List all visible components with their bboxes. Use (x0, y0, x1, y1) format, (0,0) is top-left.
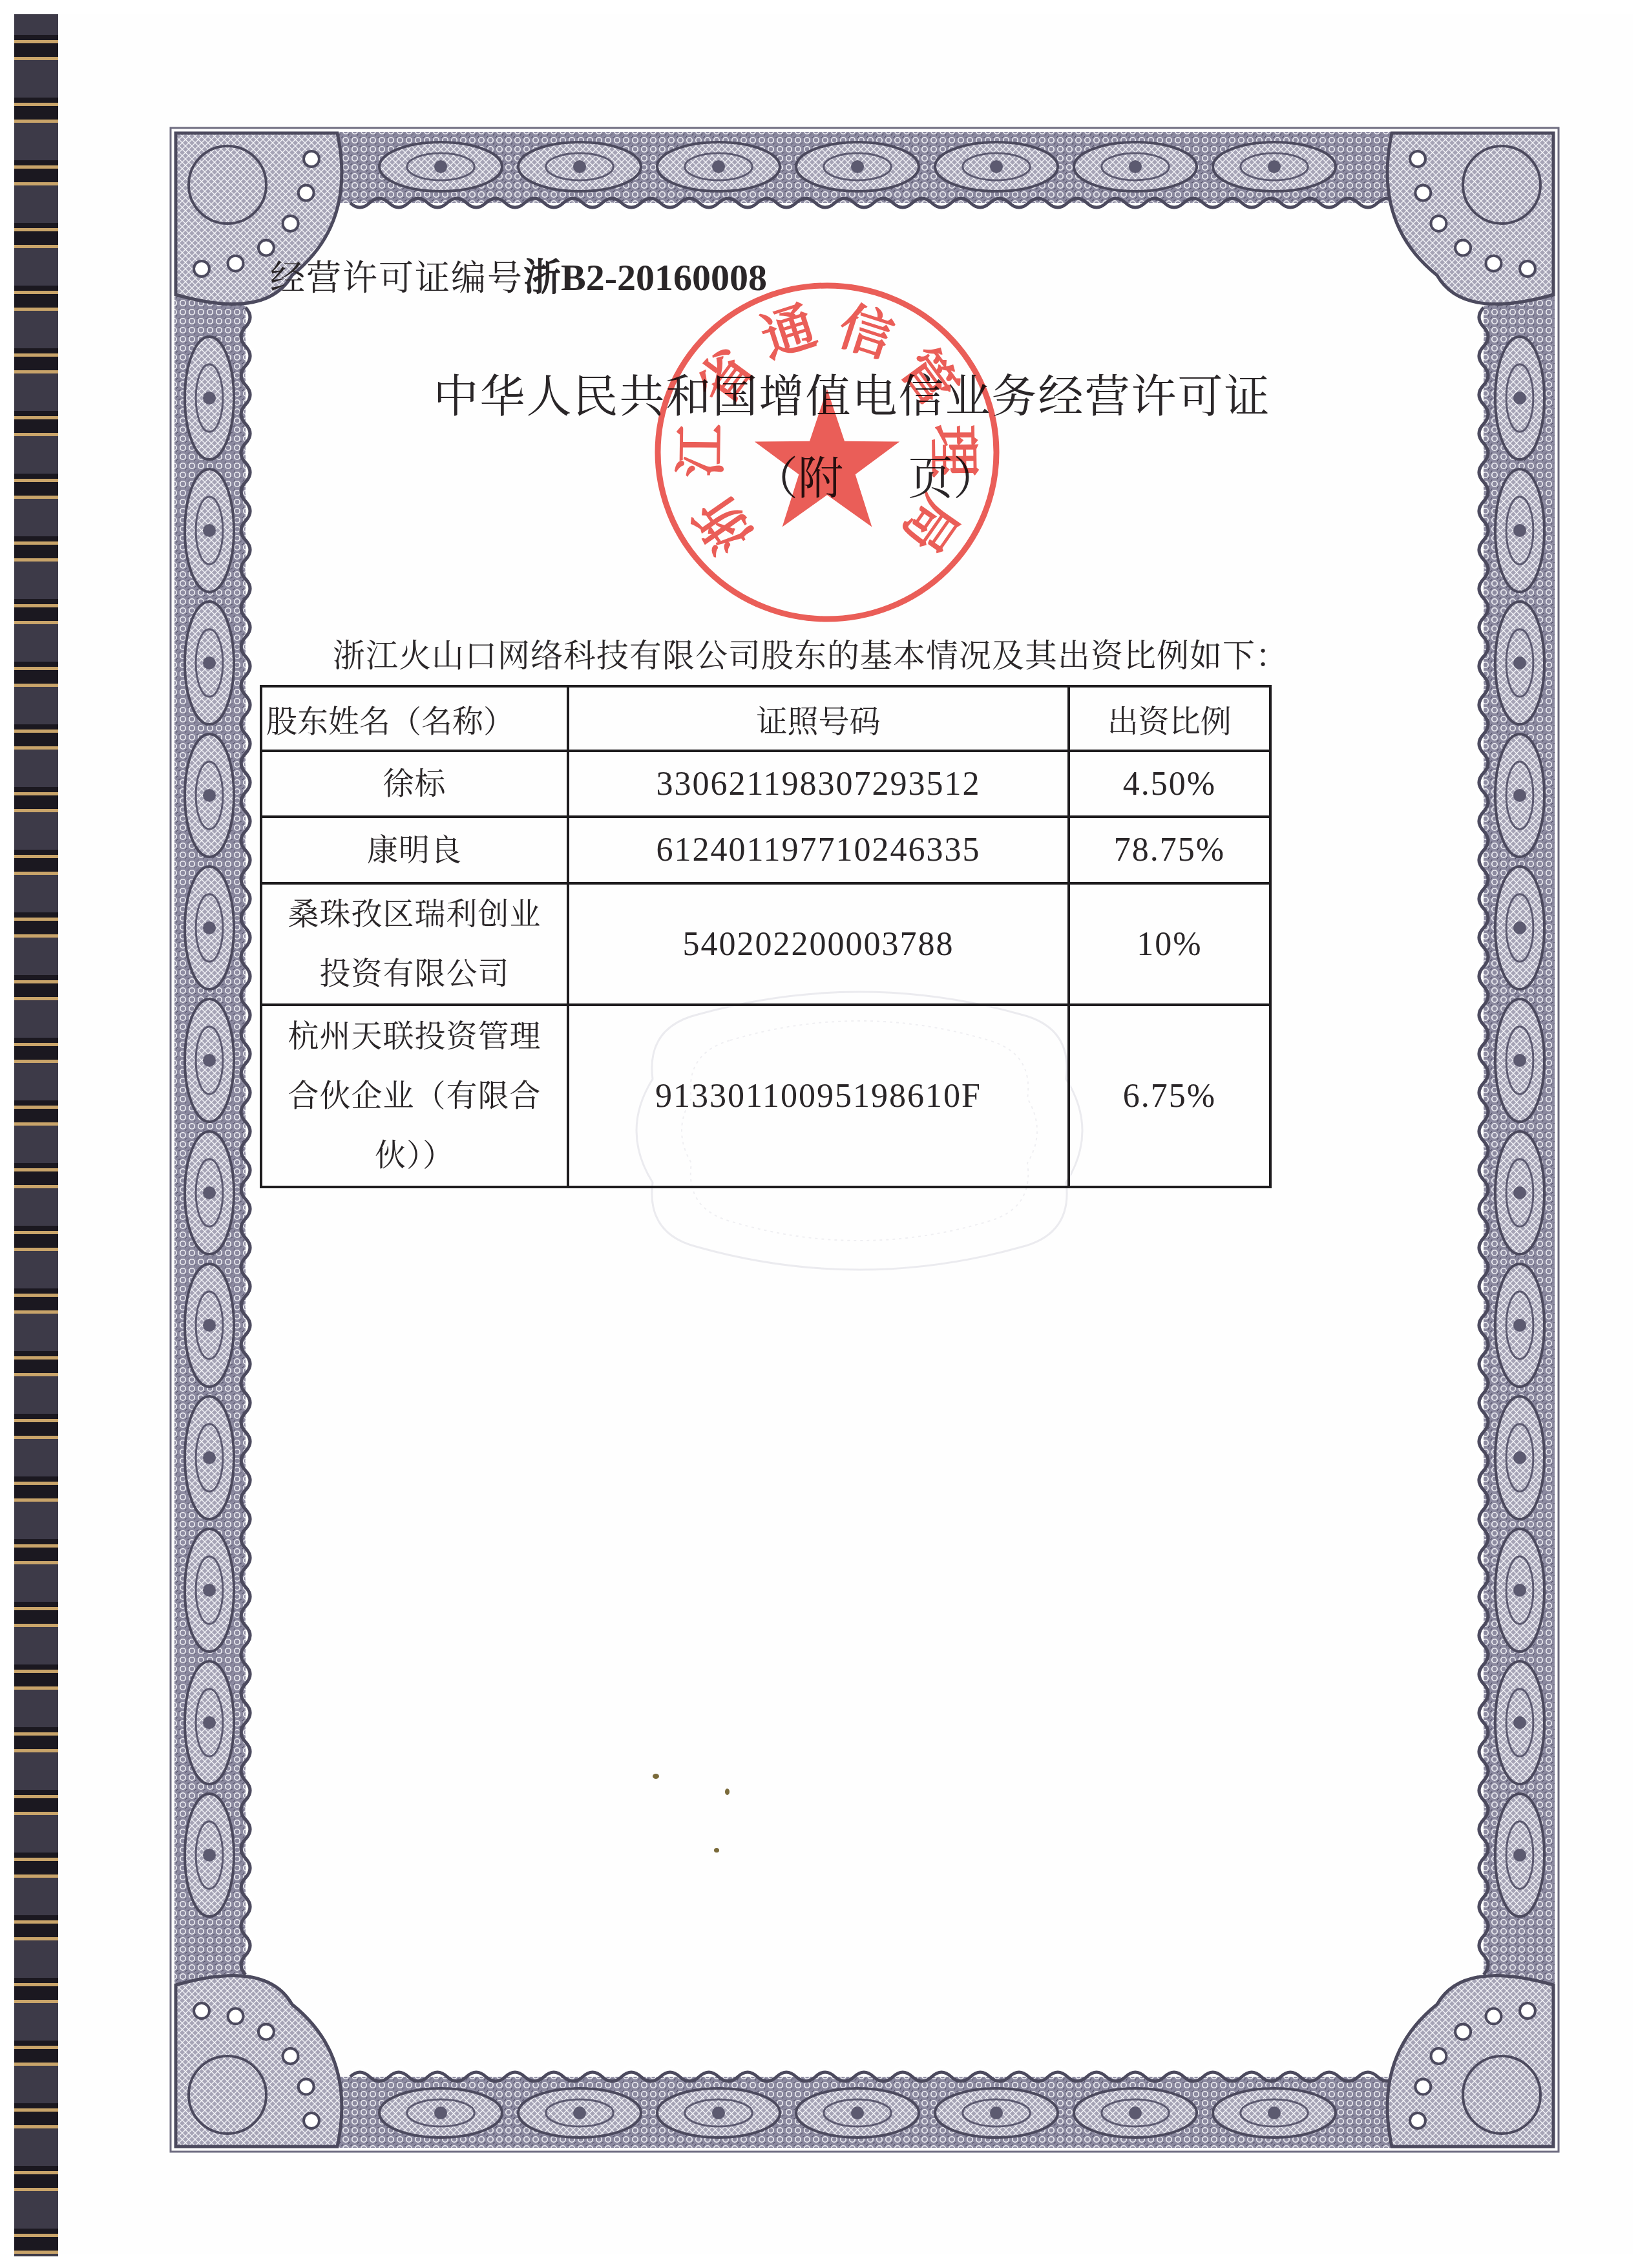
shareholder-name: 杭州天联投资管理 合伙企业（有限合 伙）） (261, 1005, 568, 1187)
license-number-label: 经营许可证编号 (270, 258, 523, 299)
svg-text:通: 通 (753, 295, 823, 370)
dust-speck (714, 1848, 719, 1853)
table-header-row: 股东姓名（名称） 证照号码 出资比例 (261, 686, 1270, 751)
table-row: 杭州天联投资管理 合伙企业（有限合 伙）） 91330110095198610F… (261, 1005, 1270, 1187)
ratio: 78.75% (1069, 817, 1270, 883)
table-row: 徐标 330621198307293512 4.50% (261, 751, 1270, 817)
table-row: 桑珠孜区瑞利创业 投资有限公司 540202200003788 10% (261, 883, 1270, 1005)
star-icon (755, 389, 899, 527)
svg-text:局: 局 (890, 485, 971, 564)
shareholder-name: 桑珠孜区瑞利创业 投资有限公司 (261, 883, 568, 1005)
dust-speck (653, 1774, 659, 1779)
id-number: 540202200003788 (568, 883, 1069, 1005)
ratio: 6.75% (1069, 1005, 1270, 1187)
svg-text:浙: 浙 (683, 485, 764, 564)
header-shareholder-name: 股东姓名（名称） (261, 686, 568, 751)
ratio: 10% (1069, 883, 1270, 1005)
shareholder-name: 徐标 (261, 751, 568, 817)
ratio: 4.50% (1069, 751, 1270, 817)
svg-text:理: 理 (921, 424, 984, 478)
dust-speck (725, 1789, 730, 1795)
header-ratio: 出资比例 (1069, 686, 1270, 751)
table-row: 康明良 612401197710246335 78.75% (261, 817, 1270, 883)
id-number: 91330110095198610F (568, 1005, 1069, 1187)
shareholder-table: 股东姓名（名称） 证照号码 出资比例 徐标 330621198307293512… (260, 685, 1272, 1188)
seal-icon: 浙江省通信管理局 (646, 271, 1008, 633)
shareholder-intro: 浙江火山口网络科技有限公司股东的基本情况及其出资比例如下： (333, 630, 1288, 677)
shareholder-name: 康明良 (261, 817, 568, 883)
svg-text:江: 江 (670, 424, 733, 478)
header-id-number: 证照号码 (568, 686, 1069, 751)
svg-text:信: 信 (831, 295, 901, 370)
official-seal: 浙江省通信管理局 (646, 271, 1008, 633)
id-number: 330621198307293512 (568, 751, 1069, 817)
id-number: 612401197710246335 (568, 817, 1069, 883)
